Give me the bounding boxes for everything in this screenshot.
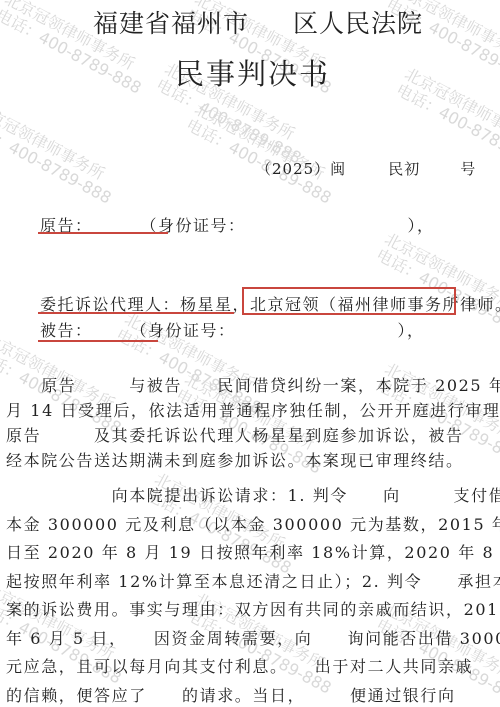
body-line: 案的诉讼费用。事实与理由：双方因有共同的亲戚而结识，2015 [6, 596, 496, 625]
body-line: 原告 与被告 民间借贷纠纷一案，本院于 2025 年 8 [6, 373, 496, 398]
judgment-body: 原告 与被告 民间借贷纠纷一案，本院于 2025 年 8 月 14 日受理后，依… [6, 373, 496, 473]
defendant-underline [38, 340, 158, 342]
body-line: 元应急，且可以每月向其支付利息。 出于对二人共同亲戚 [6, 653, 496, 682]
case-number: （2025）闽民初号 [256, 158, 476, 179]
body-line: 向本院提出诉讼请求：1. 判令 向 支付借款 [6, 482, 496, 511]
watermark: 北京冠领律师事务所电话：400-8789-888 [183, 100, 342, 208]
body-line: 起按照年利率 12%计算至本息还清之日止）；2. 判令 承担本 [6, 568, 496, 597]
body-line: 的信赖，便答应了 的请求。当日， 便通过银行向 [6, 682, 496, 707]
body-line: 日至 2020 年 8 月 19 日按照年利率 18%计算，2020 年 8 月… [6, 539, 496, 568]
defendant-line: 被告：（身份证号：）， [40, 318, 425, 341]
watermark: 北京冠领律师事务所电话：400-8789-888 [393, 65, 500, 173]
watermark: 北京冠领律师事务所电话：400-8789-888 [0, 100, 122, 208]
body-line: 原告 及其委托诉讼代理人杨星星到庭参加诉讼，被告 [6, 423, 496, 448]
body-line: 年 6 月 5 日， 因资金周转需要，向 询问能否出借 300000 [6, 625, 496, 654]
claims-paragraph: 向本院提出诉讼请求：1. 判令 向 支付借款 本金 300000 元及利息（以本… [6, 482, 496, 707]
body-line: 月 14 日受理后，依法适用普通程序独任制，公开开庭进行审理。 [6, 398, 496, 423]
document-title: 民事判决书 [175, 52, 330, 93]
judgment-page: 北京冠领律师事务所电话：400-8789-888 北京冠领律师事务所电话：400… [0, 0, 500, 707]
court-name: 福建省福州市区人民法院 [93, 4, 423, 40]
body-line: 本金 300000 元及利息（以本金 300000 元为基数，2015 年 6 … [6, 511, 496, 540]
firm-highlight-box [242, 287, 456, 315]
plaintiff-underline [38, 232, 168, 234]
agent-underline [38, 312, 234, 314]
body-line: 经本院公告送达期满未到庭参加诉讼。本案现已审理终结。 [6, 448, 496, 473]
